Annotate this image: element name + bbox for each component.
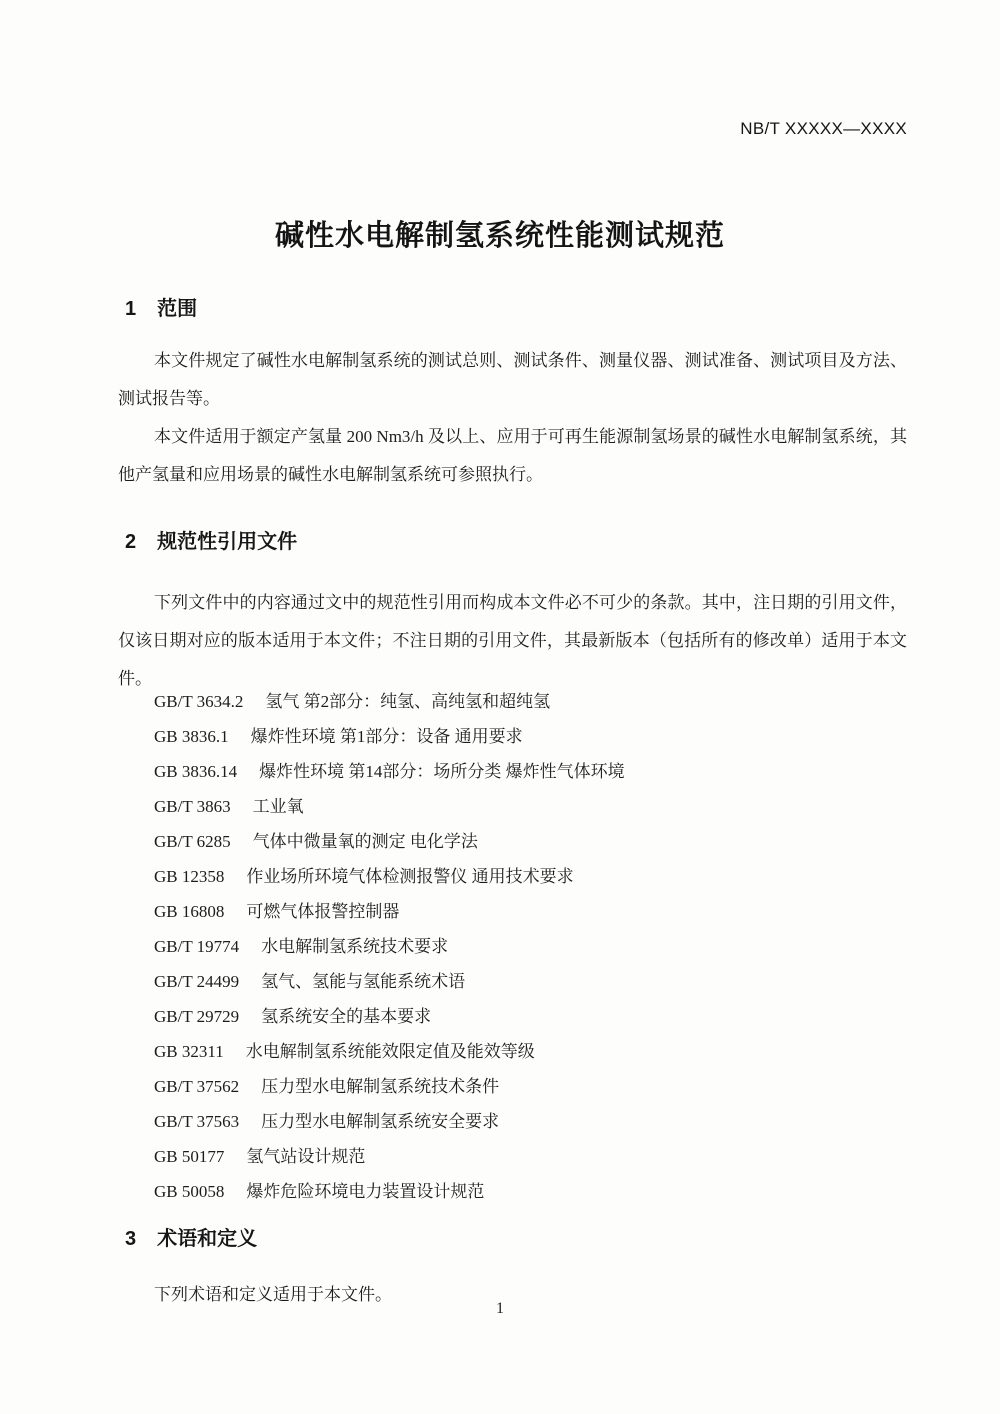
reference-code: GB/T 37562	[154, 1069, 239, 1104]
reference-item: GB/T 3863工业氧	[154, 789, 907, 824]
reference-list: GB/T 3634.2氢气 第2部分：纯氢、高纯氢和超纯氢 GB 3836.1爆…	[154, 684, 907, 1209]
reference-code: GB 50177	[154, 1139, 224, 1174]
document-page: NB/T XXXXX—XXXX 碱性水电解制氢系统性能测试规范 1范围 本文件规…	[0, 0, 1000, 1414]
reference-title: 氢气 第2部分：纯氢、高纯氢和超纯氢	[265, 692, 550, 711]
reference-code: GB 50058	[154, 1174, 224, 1209]
reference-code: GB/T 6285	[154, 824, 231, 859]
section-heading-normative-references: 2规范性引用文件	[118, 529, 907, 555]
reference-item: GB 32311水电解制氢系统能效限定值及能效等级	[154, 1034, 907, 1069]
reference-item: GB 12358作业场所环境气体检测报警仪 通用技术要求	[154, 859, 907, 894]
reference-item: GB/T 29729氢系统安全的基本要求	[154, 999, 907, 1034]
page-number: 1	[0, 1300, 1000, 1318]
section-number: 1	[125, 296, 136, 322]
reference-title: 氢气站设计规范	[246, 1147, 365, 1166]
reference-title: 工业氧	[253, 797, 304, 816]
reference-item: GB 50058爆炸危险环境电力装置设计规范	[154, 1174, 907, 1209]
reference-item: GB/T 3634.2氢气 第2部分：纯氢、高纯氢和超纯氢	[154, 684, 907, 719]
reference-title: 氢系统安全的基本要求	[261, 1007, 431, 1026]
scope-paragraph-1: 本文件规定了碱性水电解制氢系统的测试总则、测试条件、测量仪器、测试准备、测试项目…	[118, 342, 907, 418]
reference-title: 水电解制氢系统能效限定值及能效等级	[246, 1042, 535, 1061]
reference-title: 气体中微量氧的测定 电化学法	[253, 832, 478, 851]
reference-title: 水电解制氢系统技术要求	[261, 937, 448, 956]
reference-item: GB/T 19774水电解制氢系统技术要求	[154, 929, 907, 964]
reference-code: GB 3836.14	[154, 754, 237, 789]
section-title: 术语和定义	[157, 1228, 257, 1250]
reference-item: GB 3836.14爆炸性环境 第14部分：场所分类 爆炸性气体环境	[154, 754, 907, 789]
reference-title: 爆炸性环境 第14部分：场所分类 爆炸性气体环境	[259, 762, 625, 781]
section-number: 2	[125, 529, 136, 555]
reference-code: GB/T 3863	[154, 789, 231, 824]
reference-code: GB 16808	[154, 894, 224, 929]
reference-code: GB/T 29729	[154, 999, 239, 1034]
reference-item: GB/T 37562压力型水电解制氢系统技术条件	[154, 1069, 907, 1104]
reference-title: 压力型水电解制氢系统技术条件	[261, 1077, 499, 1096]
references-intro-paragraph: 下列文件中的内容通过文中的规范性引用而构成本文件必不可少的条款。其中，注日期的引…	[118, 584, 907, 698]
reference-title: 可燃气体报警控制器	[246, 902, 399, 921]
scope-paragraph-2: 本文件适用于额定产氢量 200 Nm3/h 及以上、应用于可再生能源制氢场景的碱…	[118, 418, 907, 494]
reference-title: 爆炸性环境 第1部分：设备 通用要求	[251, 727, 523, 746]
reference-code: GB/T 19774	[154, 929, 239, 964]
reference-title: 氢气、氢能与氢能系统术语	[261, 972, 465, 991]
reference-item: GB 3836.1爆炸性环境 第1部分：设备 通用要求	[154, 719, 907, 754]
section-number: 3	[125, 1226, 136, 1252]
document-title: 碱性水电解制氢系统性能测试规范	[0, 213, 1000, 254]
reference-code: GB 3836.1	[154, 719, 229, 754]
reference-item: GB/T 24499氢气、氢能与氢能系统术语	[154, 964, 907, 999]
reference-item: GB 16808可燃气体报警控制器	[154, 894, 907, 929]
reference-item: GB 50177氢气站设计规范	[154, 1139, 907, 1174]
reference-code: GB 32311	[154, 1034, 224, 1069]
reference-code: GB/T 37563	[154, 1104, 239, 1139]
reference-title: 作业场所环境气体检测报警仪 通用技术要求	[246, 867, 573, 886]
section-title: 范围	[157, 298, 197, 320]
reference-code: GB/T 24499	[154, 964, 239, 999]
reference-item: GB/T 37563压力型水电解制氢系统安全要求	[154, 1104, 907, 1139]
section-heading-terms: 3术语和定义	[118, 1226, 907, 1252]
section-heading-scope: 1范围	[118, 296, 907, 322]
section-title: 规范性引用文件	[157, 531, 297, 553]
standard-number: NB/T XXXXX—XXXX	[740, 119, 907, 139]
reference-code: GB/T 3634.2	[154, 684, 243, 719]
reference-code: GB 12358	[154, 859, 224, 894]
reference-item: GB/T 6285气体中微量氧的测定 电化学法	[154, 824, 907, 859]
reference-title: 压力型水电解制氢系统安全要求	[261, 1112, 499, 1131]
reference-title: 爆炸危险环境电力装置设计规范	[246, 1182, 484, 1201]
